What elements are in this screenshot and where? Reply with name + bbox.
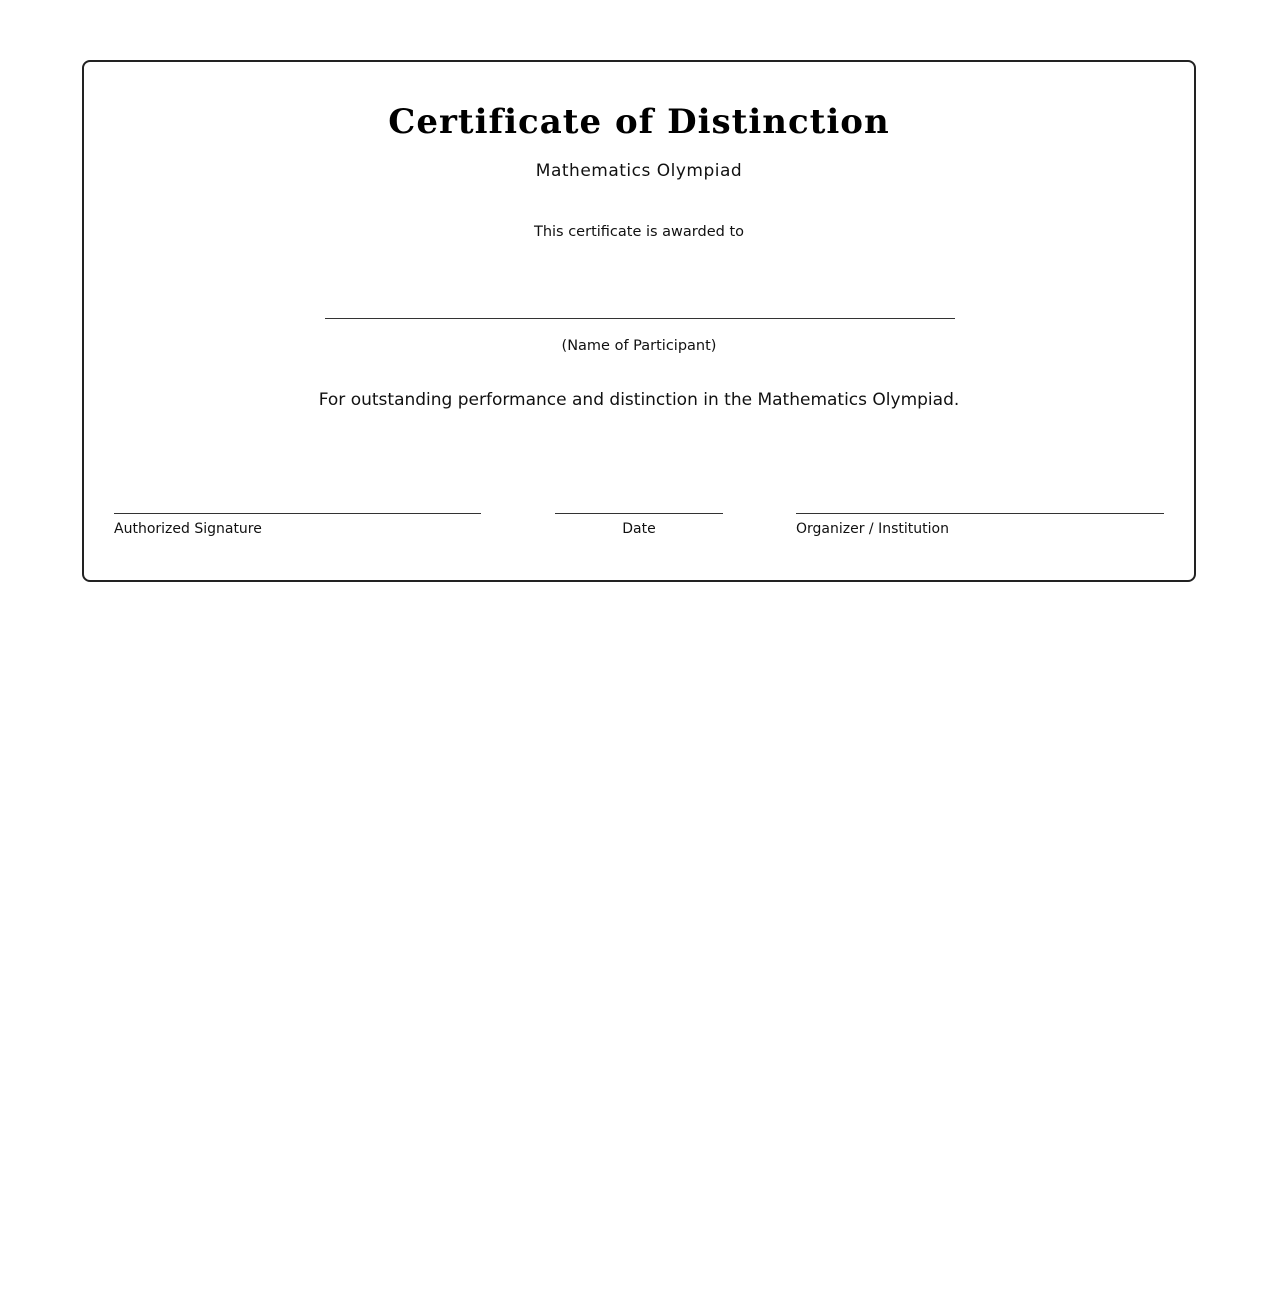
award-reason: For outstanding performance and distinct… bbox=[84, 390, 1194, 410]
date-line bbox=[555, 513, 723, 514]
organizer-line bbox=[796, 513, 1164, 514]
signature-block-organizer: Organizer / Institution bbox=[796, 513, 1164, 537]
organizer-label: Organizer / Institution bbox=[796, 521, 1164, 537]
signature-block-date: Date bbox=[555, 513, 723, 537]
date-label: Date bbox=[555, 521, 723, 537]
participant-name-line bbox=[325, 318, 955, 319]
signature-block-authorized: Authorized Signature bbox=[114, 513, 481, 537]
awarded-text: This certificate is awarded to bbox=[84, 224, 1194, 240]
certificate-subtitle: Mathematics Olympiad bbox=[84, 161, 1194, 181]
signature-line bbox=[114, 513, 481, 514]
signature-label: Authorized Signature bbox=[114, 521, 481, 537]
certificate-title: Certificate of Distinction bbox=[84, 102, 1194, 142]
certificate-card: Certificate of Distinction Mathematics O… bbox=[82, 60, 1196, 582]
participant-name-label: (Name of Participant) bbox=[84, 338, 1194, 354]
